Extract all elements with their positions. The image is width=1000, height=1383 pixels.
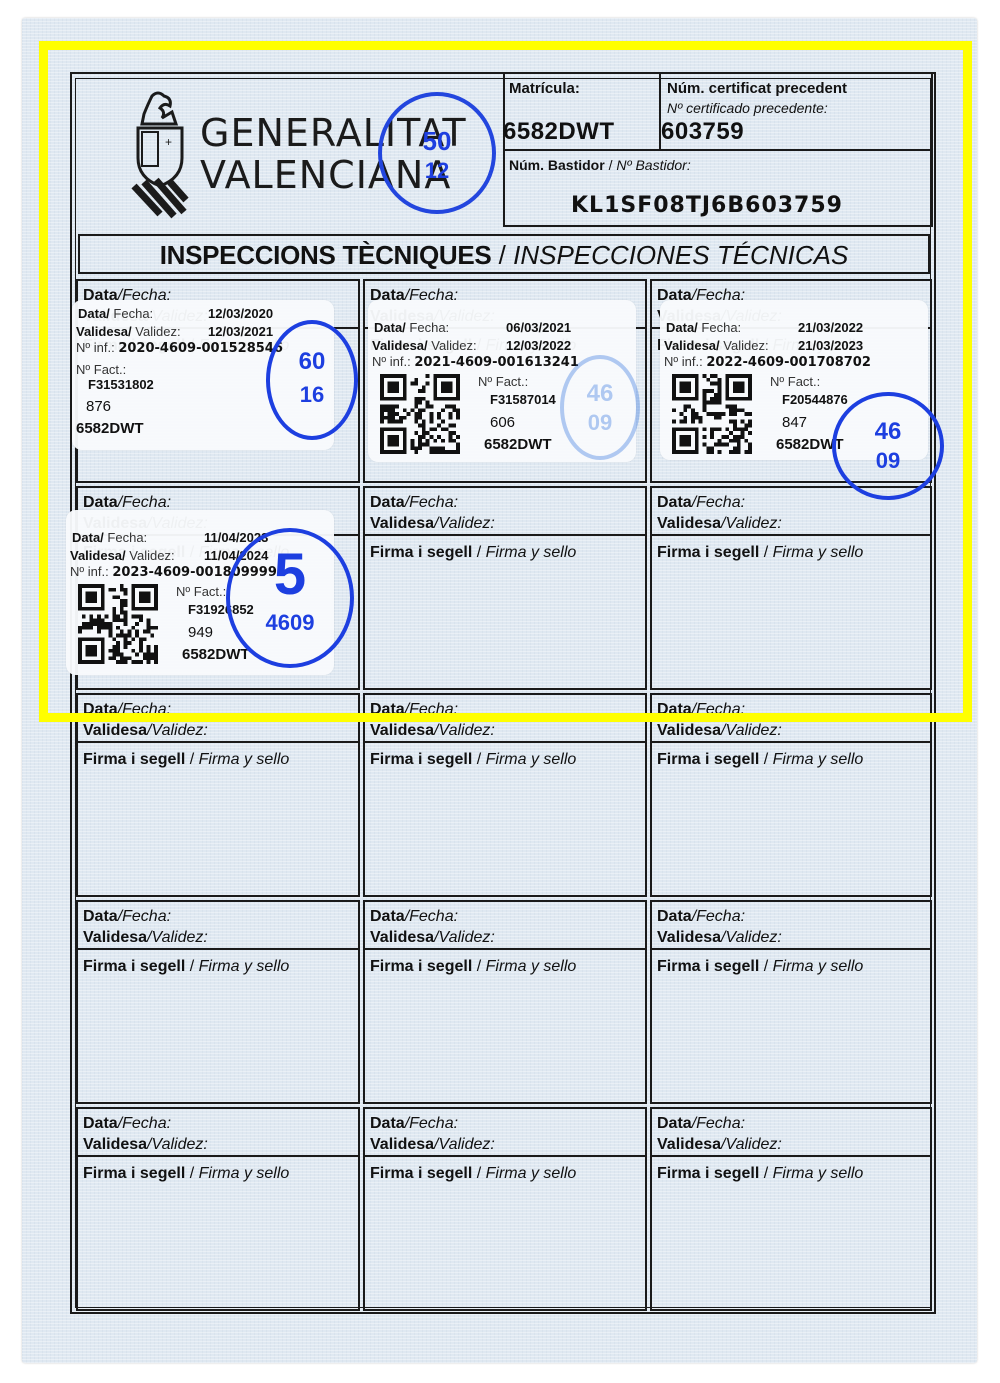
sticker-date-row: Data/ Fecha: [72,530,147,545]
signature-sep: / [472,544,485,561]
sticker-report-label: Nº inf.: [70,564,109,579]
validity-label: Validesa/Validez: [83,1134,353,1155]
stamp-number-1: 50 [382,126,492,157]
signature-sep: / [472,751,485,768]
sticker-invoice-label: Nº Fact.: [478,374,528,389]
inspection-cell: Data/Fecha:Validesa/Validez:Firma i sege… [76,900,360,1104]
date-label: Data/Fecha: [657,1113,925,1134]
sticker-invoice-value: F20544876 [782,392,848,407]
prev-cert-value: 603759 [661,118,744,146]
inspection-cell: Data/Fecha:Validesa/Validez:Firma i sege… [363,486,647,690]
validity-label-es: /Validez: [434,722,495,739]
signature-label-ca: Firma i segell [370,958,472,975]
date-label-es: /Fecha: [118,1115,171,1132]
signature-label-ca: Firma i segell [83,958,185,975]
plate-label: Matrícula: [509,80,580,97]
date-label-es: /Fecha: [405,908,458,925]
validity-label-ca: Validesa [370,722,434,739]
date-label-ca: Data [370,701,405,718]
sticker-date-value: 21/03/2022 [798,320,863,335]
vehicle-id-box: Matrícula: 6582DWT Núm. certificat prece… [503,72,933,227]
sticker-invoice-value: F31531802 [88,377,154,392]
sticker-validity-label: Validesa/ [70,548,126,563]
qr-code-icon [380,374,460,454]
sticker-report-label: Nº inf.: [372,354,411,369]
validity-label-ca: Validesa [657,929,721,946]
inspection-cell: Data/Fecha:Validesa/Validez:Firma i sege… [363,693,647,897]
date-label: Data/Fecha: [370,699,640,720]
validity-label: Validesa/Validez: [370,1134,640,1155]
date-label: Data/Fecha: [83,906,353,927]
sticker-date-label: Data/ [78,306,110,321]
date-label-ca: Data [83,908,118,925]
sticker-date-label-es: Fecha: [107,530,147,545]
signature-label-ca: Firma i segell [83,751,185,768]
signature-label-es: Firma y sello [199,958,290,975]
validity-label-es: /Validez: [434,1136,495,1153]
validity-label-es: /Validez: [147,929,208,946]
date-label-es: /Fecha: [692,701,745,718]
qr-code-icon [672,374,752,454]
cell-header: Data/Fecha:Validesa/Validez: [652,695,930,743]
signature-label: Firma i segell / Firma y sello [370,1165,576,1183]
sticker-validity-value: 12/03/2021 [208,324,273,339]
signature-label: Firma i segell / Firma y sello [370,544,576,562]
signature-label-ca: Firma i segell [657,1165,759,1182]
sticker-date-label-es: Fecha: [113,306,153,321]
sticker-validity-row: Validesa/ Validez: [76,324,181,339]
cell-header: Data/Fecha:Validesa/Validez: [365,695,645,743]
date-label-es: /Fecha: [118,494,171,511]
itv-stamp: 54609 [226,528,354,668]
sticker-date-label: Data/ [666,320,698,335]
date-label-ca: Data [370,908,405,925]
sticker-validity-label-es: Validez: [431,338,476,353]
date-label: Data/Fecha: [370,906,640,927]
signature-sep: / [759,751,772,768]
sticker-validity-label-es: Validez: [129,548,174,563]
validity-label-es: /Validez: [147,1136,208,1153]
generalitat-coat-of-arms-icon: + [130,88,190,223]
stamp-number-1: 60 [270,350,354,374]
signature-label: Firma i segell / Firma y sello [83,751,289,769]
signature-label: Firma i segell / Firma y sello [370,958,576,976]
signature-sep: / [759,1165,772,1182]
inspection-cell: Data/Fecha:Validesa/Validez:Firma i sege… [363,900,647,1104]
sticker-code: 876 [86,398,111,415]
section-title: INSPECCIONS TÈCNIQUES / INSPECCIONES TÉC… [78,234,930,274]
sticker-report-label: Nº inf.: [76,340,115,355]
cell-header: Data/Fecha:Validesa/Validez: [365,488,645,536]
signature-label-es: Firma y sello [199,751,290,768]
sticker-date-label-es: Fecha: [409,320,449,335]
signature-label-ca: Firma i segell [83,1165,185,1182]
stamp-number-2: 16 [270,384,354,406]
sticker-validity-value: 21/03/2023 [798,338,863,353]
sticker-date-value: 06/03/2021 [506,320,571,335]
vin-label-es: Nº Bastidor: [616,157,690,173]
cell-header: Data/Fecha:Validesa/Validez: [78,695,358,743]
date-label-es: /Fecha: [692,1115,745,1132]
signature-label-ca: Firma i segell [657,958,759,975]
date-label: Data/Fecha: [83,699,353,720]
validity-label: Validesa/Validez: [657,513,925,534]
inspection-cell: Data/Fecha:Validesa/Validez:Firma i sege… [650,486,932,690]
itv-stamp: 6016 [266,320,358,440]
date-label-ca: Data [83,494,118,511]
stamp-number-2: 12 [382,158,492,184]
vin-label-ca: Núm. Bastidor [509,157,605,173]
prev-cert-label-es: Nº certificado precedente: [667,100,828,116]
signature-label: Firma i segell / Firma y sello [657,958,863,976]
sticker-report-label: Nº inf.: [664,354,703,369]
inspection-cell: Data/Fecha:Validesa/Validez:Firma i sege… [363,1107,647,1311]
signature-label-es: Firma y sello [773,544,864,561]
validity-label-es: /Validez: [434,515,495,532]
signature-sep: / [185,1165,198,1182]
stamp-number-1: 46 [836,420,940,444]
header-itv-stamp: 50 12 [378,92,496,214]
signature-label: Firma i segell / Firma y sello [370,751,576,769]
validity-label-es: /Validez: [721,515,782,532]
sticker-invoice-label: Nº Fact.: [76,362,126,377]
stamp-number-2: 09 [836,450,940,472]
title-sep: / [491,240,513,270]
sticker-invoice-label: Nº Fact.: [770,374,820,389]
date-label-es: /Fecha: [118,701,171,718]
sticker-validity-label-es: Validez: [135,324,180,339]
validity-label-ca: Validesa [657,515,721,532]
stamp-number-2: 4609 [230,612,350,634]
sticker-date-value: 12/03/2020 [208,306,273,321]
validity-label: Validesa/Validez: [83,720,353,741]
signature-sep: / [472,1165,485,1182]
itv-stamp: 4609 [832,392,944,500]
sticker-date-label: Data/ [72,530,104,545]
signature-sep: / [472,958,485,975]
stamp-number-1: 5 [230,546,350,604]
cell-header: Data/Fecha:Validesa/Validez: [365,902,645,950]
itv-stamp: 4609 [560,355,640,460]
date-label-es: /Fecha: [405,1115,458,1132]
validity-label-es: /Validez: [721,722,782,739]
sticker-date-row: Data/ Fecha: [78,306,153,321]
signature-label-ca: Firma i segell [370,751,472,768]
signature-label-ca: Firma i segell [657,544,759,561]
signature-label: Firma i segell / Firma y sello [657,751,863,769]
qr-code-icon [78,584,158,664]
prev-cert-label-ca: Núm. certificat precedent [667,80,847,97]
sticker-validity-row: Validesa/ Validez: [70,548,175,563]
vin-label-sep: / [605,157,617,173]
signature-label-ca: Firma i segell [370,1165,472,1182]
sticker-invoice-label: Nº Fact.: [176,584,226,599]
date-label-ca: Data [657,494,692,511]
date-label-es: /Fecha: [405,701,458,718]
date-label: Data/Fecha: [657,906,925,927]
plate-cell: Matrícula: 6582DWT [505,74,661,151]
validity-label: Validesa/Validez: [657,720,925,741]
vin-value: KL1SF08TJ6B603759 [571,193,843,218]
inspection-cell: Data/Fecha:Validesa/Validez:Firma i sege… [650,693,932,897]
sticker-plate: 6582DWT [182,646,250,663]
validity-label-ca: Validesa [83,929,147,946]
inspection-cell: Data/Fecha:Validesa/Validez:Firma i sege… [650,900,932,1104]
date-label-es: /Fecha: [405,494,458,511]
date-label: Data/Fecha: [83,1113,353,1134]
signature-sep: / [759,958,772,975]
signature-label-es: Firma y sello [486,1165,577,1182]
sticker-validity-label: Validesa/ [664,338,720,353]
date-label-es: /Fecha: [118,908,171,925]
date-label: Data/Fecha: [370,1113,640,1134]
signature-sep: / [185,751,198,768]
sticker-validity-row: Validesa/ Validez: [372,338,477,353]
title-ca: INSPECCIONS TÈCNIQUES [160,240,492,270]
sticker-report-value: 2020-4609-001528546 [118,341,283,356]
sticker-plate: 6582DWT [76,420,144,437]
signature-label-es: Firma y sello [773,751,864,768]
date-label-ca: Data [657,701,692,718]
signature-label: Firma i segell / Firma y sello [657,1165,863,1183]
sticker-validity-value: 12/03/2022 [506,338,571,353]
sticker-code: 949 [188,624,213,641]
date-label-ca: Data [370,494,405,511]
validity-label-es: /Validez: [721,1136,782,1153]
sticker-report-row: Nº inf.: 2022-4609-001708702 [664,354,871,370]
stamp-number-2: 09 [564,412,636,434]
date-label-ca: Data [657,908,692,925]
signature-label-es: Firma y sello [773,958,864,975]
inspection-cell: Data/Fecha:Validesa/Validez:Firma i sege… [76,1107,360,1311]
signature-label: Firma i segell / Firma y sello [83,958,289,976]
sticker-report-value: 2021-4609-001613241 [414,355,579,370]
signature-sep: / [185,958,198,975]
validity-label-ca: Validesa [657,1136,721,1153]
validity-label: Validesa/Validez: [657,927,925,948]
validity-label-es: /Validez: [434,929,495,946]
signature-label: Firma i segell / Firma y sello [657,544,863,562]
signature-label-es: Firma y sello [486,544,577,561]
prev-cert-cell: Núm. certificat precedent Nº certificado… [661,74,931,151]
sticker-date-row: Data/ Fecha: [374,320,449,335]
svg-text:+: + [165,135,172,149]
validity-label: Validesa/Validez: [370,513,640,534]
sticker-code: 847 [782,414,807,431]
inspection-cell: Data/Fecha:Validesa/Validez:Firma i sege… [650,1107,932,1311]
sticker-date-label-es: Fecha: [701,320,741,335]
signature-label-ca: Firma i segell [657,751,759,768]
validity-label-ca: Validesa [83,1136,147,1153]
plate-value: 6582DWT [503,118,615,146]
sticker-invoice-value: F31587014 [490,392,556,407]
signature-label-es: Firma y sello [773,1165,864,1182]
sticker-plate: 6582DWT [484,436,552,453]
sticker-report-row: Nº inf.: 2021-4609-001613241 [372,354,579,370]
signature-label: Firma i segell / Firma y sello [83,1165,289,1183]
validity-label: Validesa/Validez: [370,927,640,948]
sticker-validity-label-es: Validez: [723,338,768,353]
signature-label-es: Firma y sello [486,751,577,768]
sticker-validity-label: Validesa/ [76,324,132,339]
validity-label-ca: Validesa [657,722,721,739]
date-label-ca: Data [83,1115,118,1132]
stamp-number-1: 46 [564,382,636,406]
date-label-es: /Fecha: [692,908,745,925]
signature-label-es: Firma y sello [486,958,577,975]
validity-label-es: /Validez: [147,722,208,739]
cell-header: Data/Fecha:Validesa/Validez: [652,1109,930,1157]
cell-header: Data/Fecha:Validesa/Validez: [365,1109,645,1157]
validity-label-ca: Validesa [370,515,434,532]
date-label: Data/Fecha: [657,699,925,720]
sticker-validity-label: Validesa/ [372,338,428,353]
date-label-es: /Fecha: [692,494,745,511]
vin-cell: Núm. Bastidor / Nº Bastidor: KL1SF08TJ6B… [505,151,931,225]
validity-label: Validesa/Validez: [657,1134,925,1155]
validity-label-ca: Validesa [83,722,147,739]
inspection-cell: Data/Fecha:Validesa/Validez:Firma i sege… [76,693,360,897]
date-label: Data/Fecha: [370,492,640,513]
sticker-date-label: Data/ [374,320,406,335]
sticker-validity-row: Validesa/ Validez: [664,338,769,353]
signature-label-es: Firma y sello [199,1165,290,1182]
signature-label-ca: Firma i segell [370,544,472,561]
validity-label: Validesa/Validez: [370,720,640,741]
vin-label: Núm. Bastidor / Nº Bastidor: [509,157,691,173]
validity-label-ca: Validesa [370,929,434,946]
validity-label-es: /Validez: [721,929,782,946]
signature-sep: / [759,544,772,561]
cell-header: Data/Fecha:Validesa/Validez: [652,902,930,950]
date-label-ca: Data [83,701,118,718]
date-label-ca: Data [657,1115,692,1132]
sticker-report-value: 2022-4609-001708702 [706,355,871,370]
validity-label: Validesa/Validez: [83,927,353,948]
title-es: INSPECCIONES TÉCNICAS [513,240,848,270]
cell-header: Data/Fecha:Validesa/Validez: [78,902,358,950]
sticker-code: 606 [490,414,515,431]
cell-header: Data/Fecha:Validesa/Validez: [78,1109,358,1157]
validity-label-ca: Validesa [370,1136,434,1153]
sticker-report-row: Nº inf.: 2020-4609-001528546 [76,340,283,356]
date-label-ca: Data [370,1115,405,1132]
sticker-date-row: Data/ Fecha: [666,320,741,335]
